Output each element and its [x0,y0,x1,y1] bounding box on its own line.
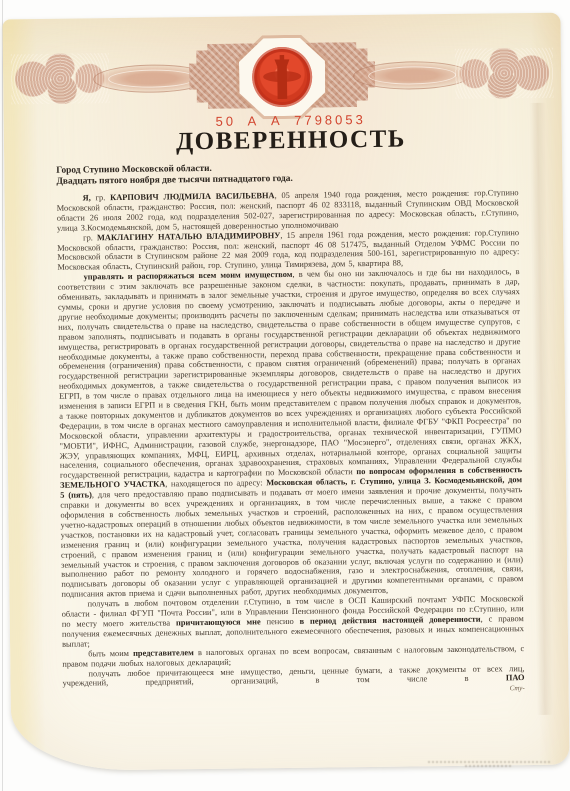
document-body: Я, гр. КАРПОВИЧ ЛЮДМИЛА ВАСИЛЬЕВНА, 05 а… [57,188,525,689]
printer-imprint [428,761,550,770]
paragraph: гр. МАКЛАГИНУ НАТАЛЬЮ ВЛАДИМИРОВНУ, 15 а… [57,228,519,273]
document-title: ДОВЕРЕННОСТЬ [12,125,570,158]
scan-background: { "document": { "serial": "50 А А 779805… [0,0,570,791]
paragraph: управлять и распоряжаться всем моим имущ… [58,267,524,600]
paragraph: получать в любом почтовом отделении г.Ст… [62,594,525,649]
place-date-block: Город Ступино Московской области. Двадца… [56,160,518,188]
document-page: 50 А А 7798053 ДОВЕРЕННОСТЬ Город Ступин… [2,13,569,772]
paragraph: Я, гр. КАРПОВИЧ ЛЮДМИЛА ВАСИЛЬЕВНА, 05 а… [57,188,519,233]
